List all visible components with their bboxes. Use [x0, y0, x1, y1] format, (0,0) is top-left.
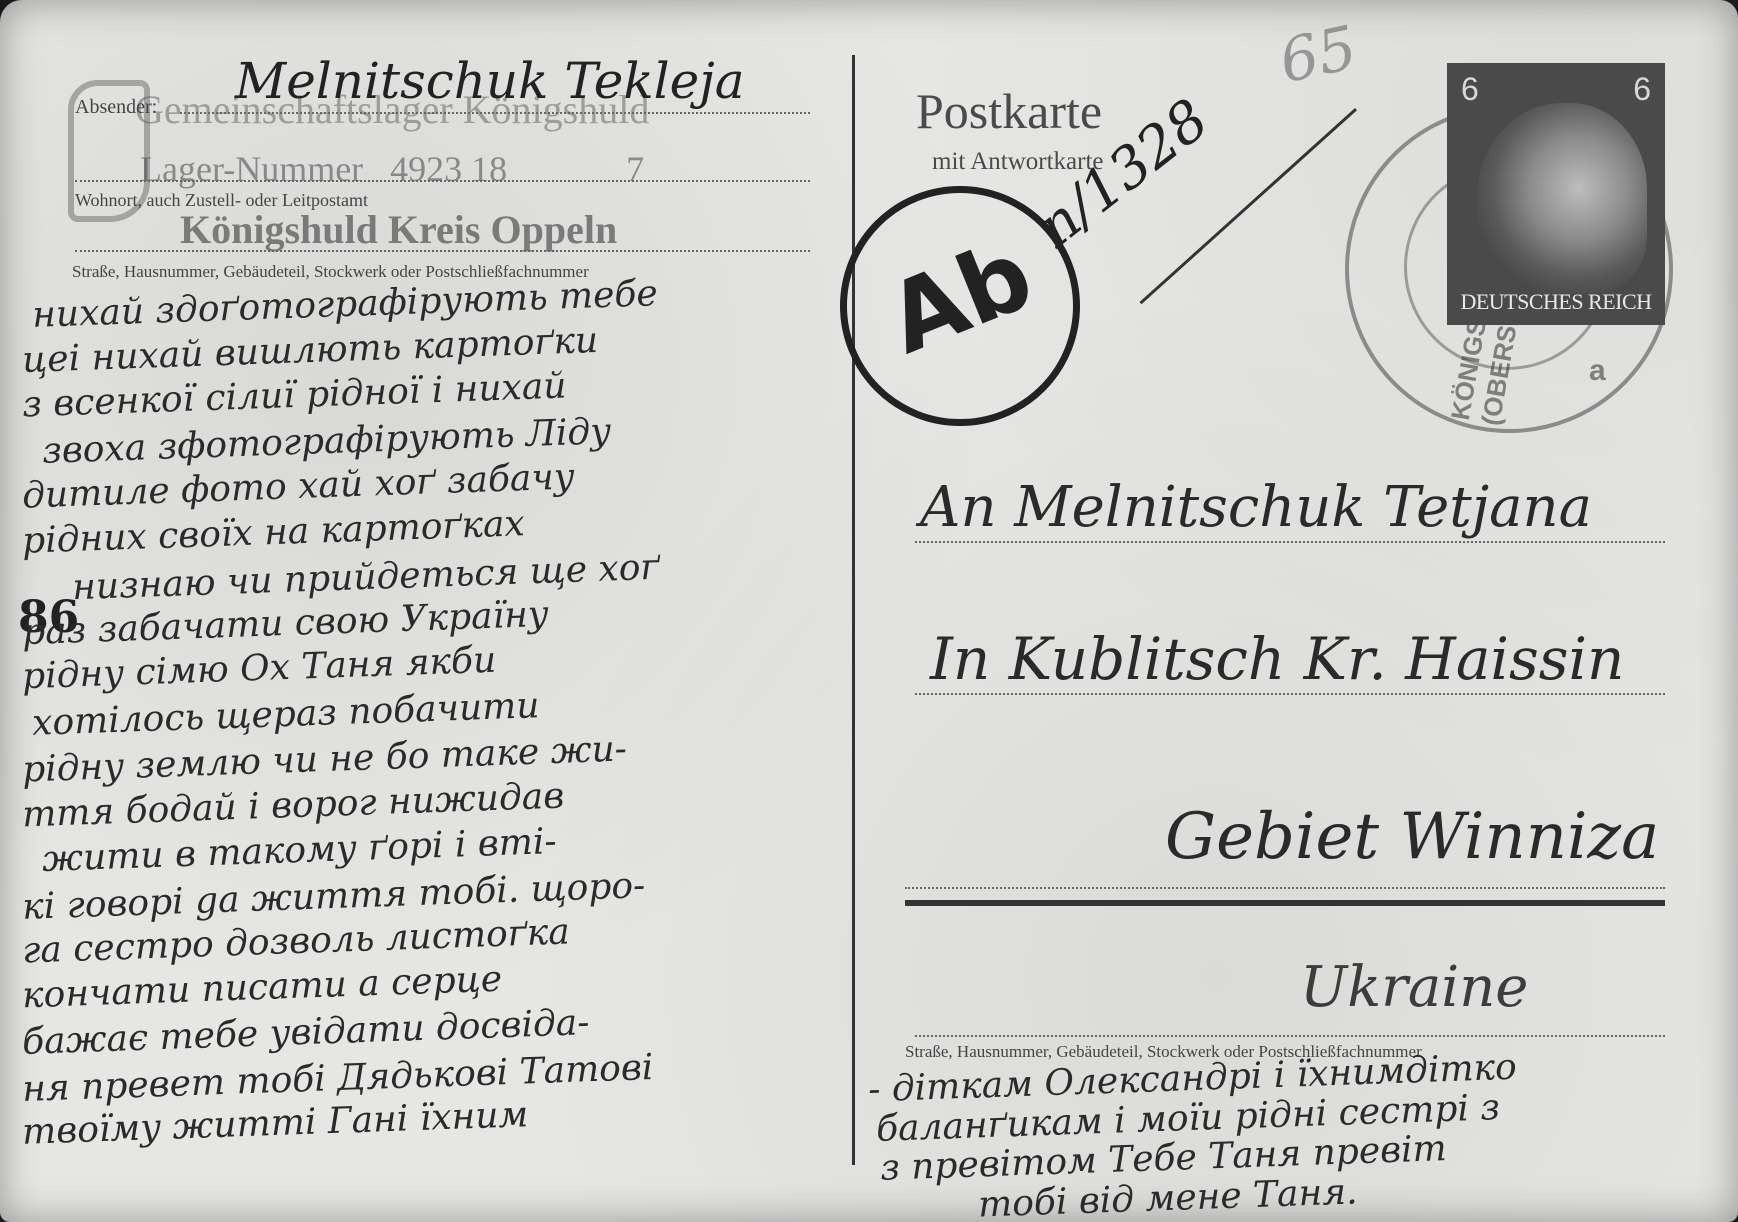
address-line-3 — [905, 887, 1665, 889]
postage-stamp: 6 6 DEUTSCHES REICH — [1447, 63, 1665, 325]
address-line-2 — [915, 693, 1665, 695]
recipient-line-2: In Kublitsch Kr. Haissin — [930, 625, 1624, 693]
stamp-country: DEUTSCHES REICH — [1447, 289, 1665, 315]
residence: Königshuld Kreis Oppeln — [180, 206, 617, 253]
sender-label: Absender: — [75, 96, 157, 119]
censor-mark: Ab — [834, 203, 1085, 392]
address-line-1 — [915, 541, 1665, 543]
recipient-line-4: Ukraine — [1300, 955, 1528, 1020]
sender-line — [180, 112, 810, 114]
camp-number: 4923 18 — [390, 149, 507, 189]
stamp-portrait-image — [1477, 103, 1647, 293]
address-rule — [905, 900, 1665, 906]
postcard: Gemeinschaftslager Königshuld Absender: … — [0, 0, 1738, 1222]
camp-number-line — [75, 180, 810, 182]
recipient-line-3: Gebiet Winniza — [1165, 800, 1659, 874]
censor-stamp: Ab — [840, 186, 1080, 426]
card-title: Postkarte — [916, 82, 1102, 140]
camp-number-row: Lager-Nummer 4923 18 7 — [140, 148, 644, 190]
stamp-value-left: 6 — [1461, 71, 1479, 108]
residence-line — [75, 250, 810, 252]
sender-name: Melnitschuk Tekleja — [235, 52, 745, 110]
recipient-line-1: An Melnitschuk Tetjana — [920, 475, 1592, 540]
camp-number-suffix: 7 — [626, 149, 644, 189]
camp-number-label: Lager-Nummer — [140, 149, 363, 189]
stamp-value-right: 6 — [1633, 71, 1651, 108]
pencil-mark: 65 — [1274, 13, 1363, 97]
address-line-4 — [915, 1035, 1665, 1037]
postmark-letter: a — [1589, 354, 1606, 388]
vertical-divider — [852, 55, 855, 1165]
